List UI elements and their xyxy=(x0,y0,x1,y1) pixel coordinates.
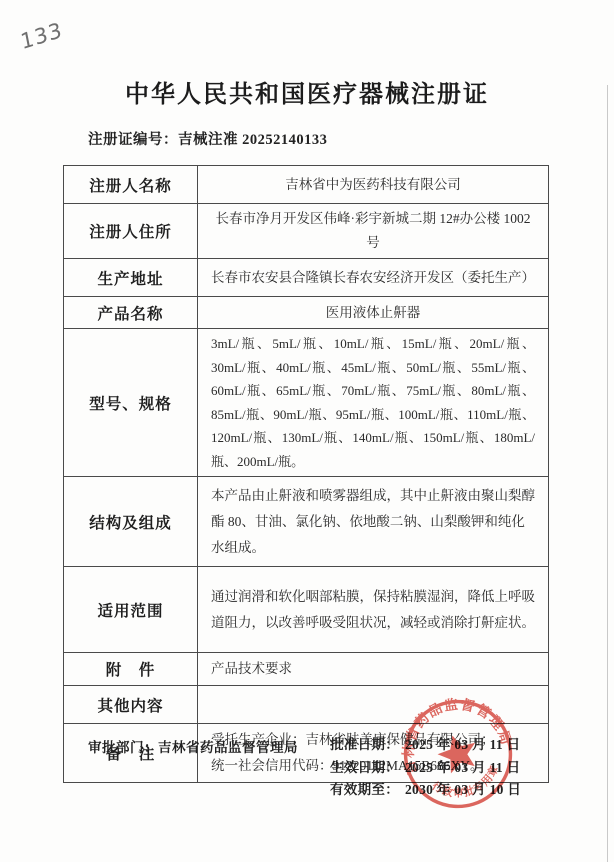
handwritten-number: 133 xyxy=(19,18,65,54)
table-row: 其他内容 xyxy=(64,686,549,724)
approval-department-label: 审批部门： xyxy=(88,740,158,755)
row-label: 其他内容 xyxy=(64,686,198,724)
table-row: 结构及组成本产品由止鼾液和喷雾器组成，其中止鼾液由聚山梨醇酯 80、甘油、氯化钠… xyxy=(64,477,549,567)
row-value: 产品技术要求 xyxy=(198,653,549,686)
cert-number-value: 吉械注准 20252140133 xyxy=(178,132,327,148)
row-label: 结构及组成 xyxy=(64,477,198,567)
date-row: 批准日期：2025 年 03 月 11 日 xyxy=(330,734,521,757)
row-value: 长春市净月开发区伟峰·彩宇新城二期 12#办公楼 1002 号 xyxy=(198,204,549,259)
date-value: 2025 年 03 月 11 日 xyxy=(405,760,520,775)
date-value: 2030 年 03 月 10 日 xyxy=(405,782,521,797)
date-label: 生效日期： xyxy=(330,760,399,775)
row-label: 适用范围 xyxy=(64,567,198,653)
row-label: 注册人名称 xyxy=(64,166,198,204)
table-row: 注册人名称吉林省中为医药科技有限公司 xyxy=(64,166,549,204)
row-value: 医用液体止鼾器 xyxy=(198,297,549,329)
table-row: 适用范围通过润滑和软化咽部粘膜，保持粘膜湿润，降低上呼吸道阻力，以改善呼吸受阻状… xyxy=(64,567,549,653)
certificate-page: 133 中华人民共和国医疗器械注册证 注册证编号：吉械注准 2025214013… xyxy=(0,0,614,862)
table-row: 产品名称医用液体止鼾器 xyxy=(64,297,549,329)
date-row: 有效期至：2030 年 03 月 10 日 xyxy=(330,779,521,802)
approval-department-line: 审批部门：吉林省药品监督管理局 xyxy=(88,736,298,756)
row-value: 长春市农安县合隆镇长春农安经济开发区（委托生产） xyxy=(198,259,549,297)
date-label: 有效期至： xyxy=(330,782,399,797)
row-value: 吉林省中为医药科技有限公司 xyxy=(198,166,549,204)
row-label: 型号、规格 xyxy=(64,329,198,477)
date-label: 批准日期： xyxy=(330,737,399,752)
approval-department-value: 吉林省药品监督管理局 xyxy=(158,740,298,755)
row-value xyxy=(198,686,549,724)
cert-number-line: 注册证编号：吉械注准 20252140133 xyxy=(88,128,327,149)
table-row: 附 件产品技术要求 xyxy=(64,653,549,686)
page-edge-line xyxy=(607,85,608,862)
page-title: 中华人民共和国医疗器械注册证 xyxy=(0,74,614,109)
certificate-table: 注册人名称吉林省中为医药科技有限公司注册人住所长春市净月开发区伟峰·彩宇新城二期… xyxy=(63,165,549,783)
row-label: 产品名称 xyxy=(64,297,198,329)
date-block: 批准日期：2025 年 03 月 11 日生效日期：2025 年 03 月 11… xyxy=(330,734,521,802)
row-value: 通过润滑和软化咽部粘膜，保持粘膜湿润，降低上呼吸道阻力，以改善呼吸受阻状况，减轻… xyxy=(198,567,549,653)
table-row: 型号、规格3mL/瓶、5mL/瓶、10mL/瓶、15mL/瓶、20mL/瓶、30… xyxy=(64,329,549,477)
cert-number-label: 注册证编号： xyxy=(88,132,178,148)
row-label: 注册人住所 xyxy=(64,204,198,259)
row-label: 附 件 xyxy=(64,653,198,686)
table-row: 生产地址长春市农安县合隆镇长春农安经济开发区（委托生产） xyxy=(64,259,549,297)
date-value: 2025 年 03 月 11 日 xyxy=(405,737,520,752)
row-value: 3mL/瓶、5mL/瓶、10mL/瓶、15mL/瓶、20mL/瓶、30mL/瓶、… xyxy=(198,329,549,477)
table-row: 注册人住所长春市净月开发区伟峰·彩宇新城二期 12#办公楼 1002 号 xyxy=(64,204,549,259)
row-label: 生产地址 xyxy=(64,259,198,297)
row-value: 本产品由止鼾液和喷雾器组成，其中止鼾液由聚山梨醇酯 80、甘油、氯化钠、依地酸二… xyxy=(198,477,549,567)
date-row: 生效日期：2025 年 03 月 11 日 xyxy=(330,757,521,780)
